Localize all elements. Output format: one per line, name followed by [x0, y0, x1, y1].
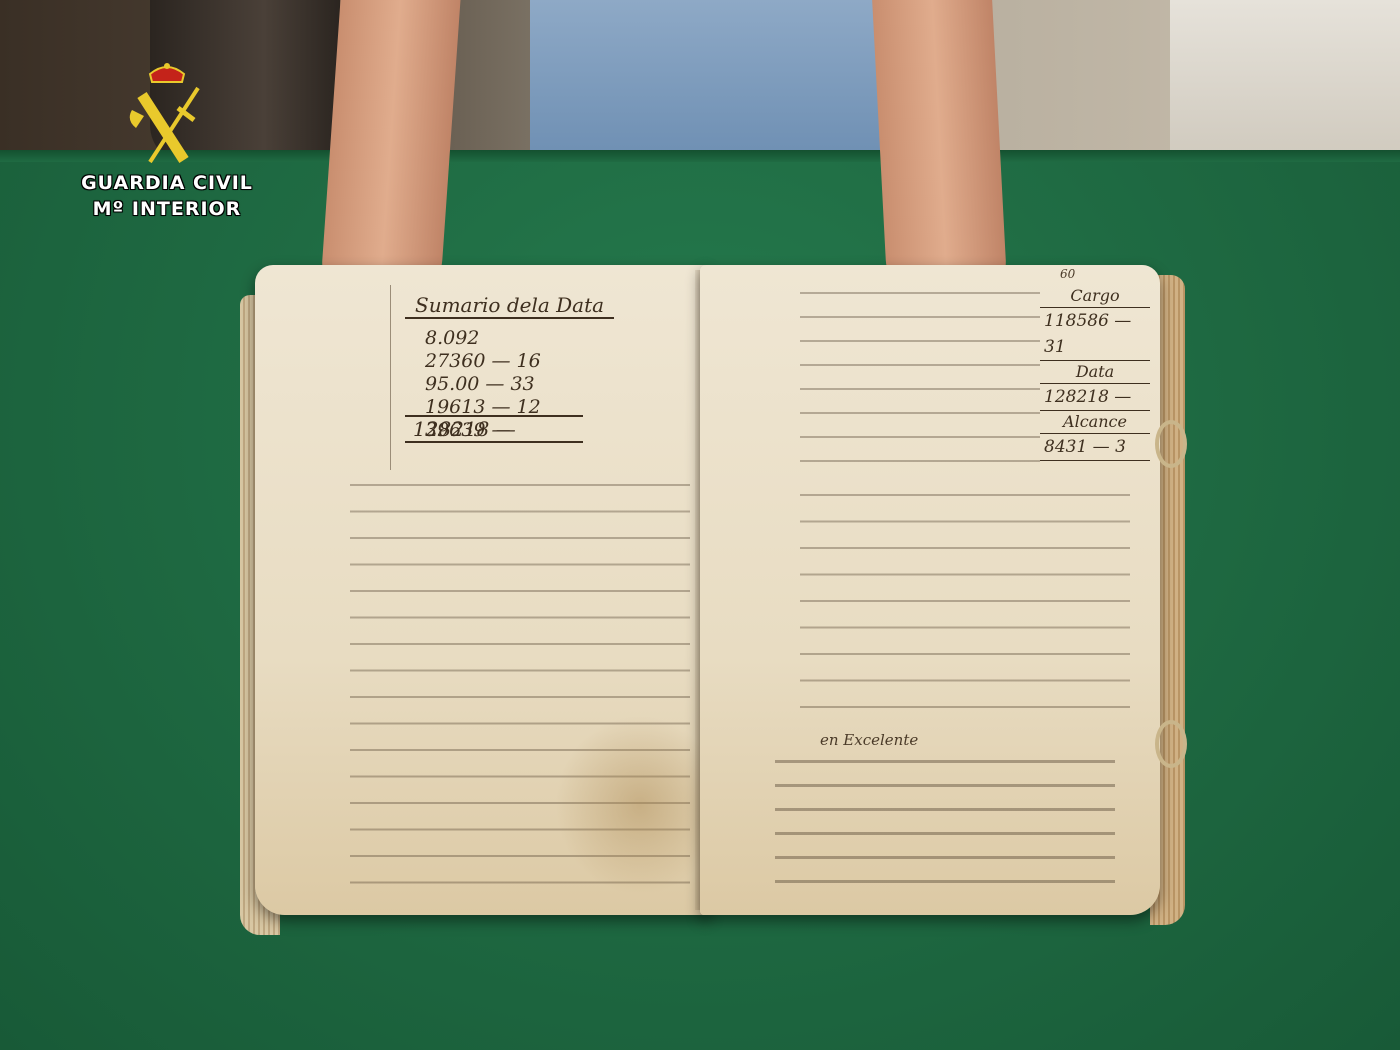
summary-value: 8.092 [425, 327, 541, 350]
guardia-civil-emblem-icon [122, 60, 212, 170]
logo-title: GUARDIA CIVIL [62, 170, 272, 196]
binding-string-top [1155, 420, 1187, 468]
summary-heading: Sumario dela Data [405, 293, 614, 319]
ledger-label: Cargo [1040, 285, 1150, 307]
summary-total: 128218 — [405, 415, 583, 443]
handwritten-body-right [800, 280, 1040, 480]
summary-value: 95.00 — 33 [425, 373, 541, 396]
ledger-label: Data [1040, 361, 1150, 383]
ledger-value: 8431 — 3 [1040, 433, 1150, 461]
open-manuscript: Sumario dela Data 8.092 27360 — 16 95.00… [240, 255, 1185, 945]
side-table [1170, 0, 1400, 165]
logo-subtitle: Mº INTERIOR [62, 196, 272, 222]
ledger-value: 118586 — 31 [1040, 307, 1150, 361]
person-jeans [530, 0, 890, 160]
guardia-civil-logo: GUARDIA CIVIL Mº INTERIOR [62, 60, 272, 222]
binding-string-bottom [1155, 720, 1187, 768]
summary-value: 27360 — 16 [425, 350, 541, 373]
ledger-column: Cargo 118586 — 31 Data 128218 — Alcance … [1040, 285, 1150, 461]
ledger-label: Alcance [1040, 411, 1150, 433]
ledger-value: 128218 — [1040, 383, 1150, 411]
signatures-block [775, 750, 1115, 900]
handwritten-body-right-lower [800, 480, 1130, 730]
left-page: Sumario dela Data 8.092 27360 — 16 95.00… [255, 265, 710, 915]
folio-number: 60 [1060, 267, 1075, 281]
